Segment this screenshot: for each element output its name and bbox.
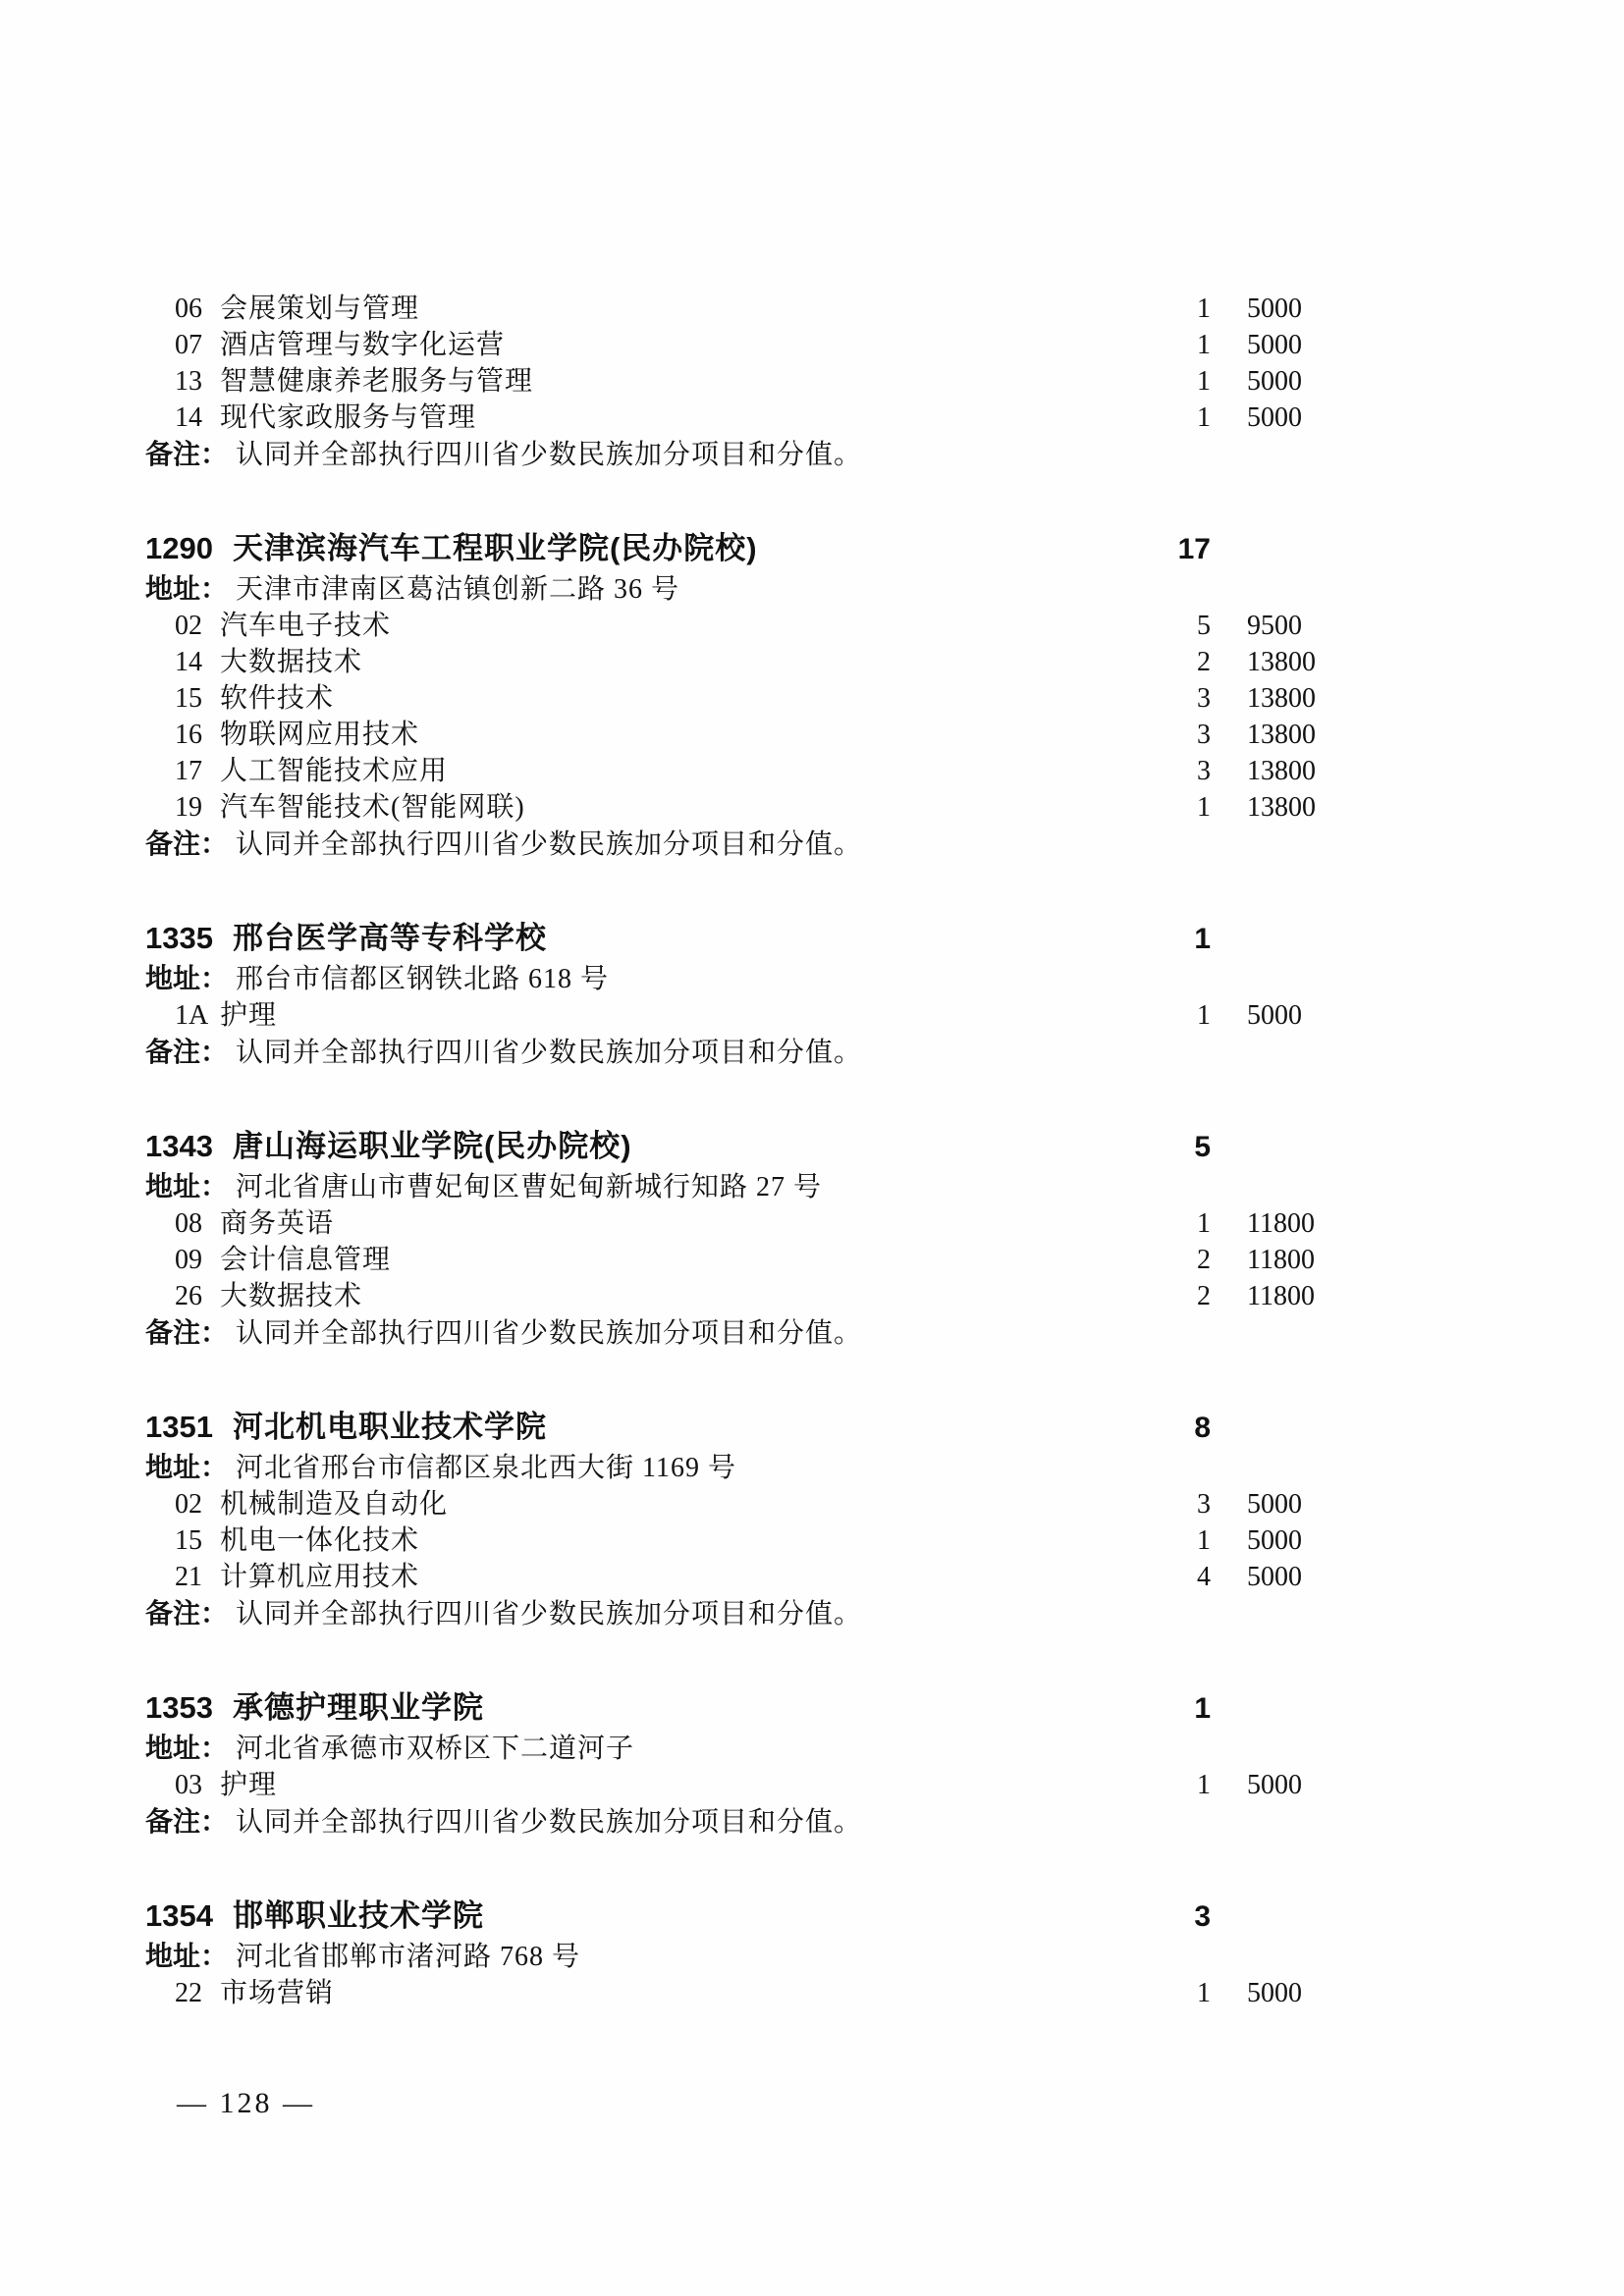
major-code: 22 xyxy=(175,1975,220,2011)
remark-label: 备注： xyxy=(145,1037,228,1067)
major-count: 1 xyxy=(1132,997,1211,1034)
remark-label: 备注： xyxy=(145,439,228,469)
major-fee: 5000 xyxy=(1247,400,1375,436)
major-row: 16 物联网应用技术 3 13800 xyxy=(145,717,1375,753)
school-section: 1335 邢台医学高等专科学校 1 地址：邢台市信都区钢铁北路 618 号 1A… xyxy=(145,918,1375,1071)
major-name: 人工智能技术应用 xyxy=(220,753,1132,789)
remark-label: 备注： xyxy=(145,1806,228,1837)
school-section: 1354 邯郸职业技术学院 3 地址：河北省邯郸市渚河路 768 号 22 市场… xyxy=(145,1896,1375,2011)
remark-value: 认同并全部执行四川省少数民族加分项目和分值。 xyxy=(236,829,862,860)
remark-value: 认同并全部执行四川省少数民族加分项目和分值。 xyxy=(236,1038,862,1068)
school-header: 1343 唐山海运职业学院(民办院校) 5 xyxy=(145,1126,1375,1168)
school-header: 1290 天津滨海汽车工程职业学院(民办院校) 17 xyxy=(145,528,1375,570)
page-number: — 128 — xyxy=(177,2087,315,2120)
major-fee: 5000 xyxy=(1247,327,1375,363)
major-name: 市场营销 xyxy=(220,1975,1132,2011)
remark-label: 备注： xyxy=(145,1598,228,1629)
major-count: 1 xyxy=(1132,363,1211,400)
major-code: 14 xyxy=(175,400,220,436)
major-code: 09 xyxy=(175,1242,220,1278)
school-name: 天津滨海汽车工程职业学院(民办院校) xyxy=(233,528,1132,569)
school-section: 1353 承德护理职业学院 1 地址：河北省承德市双桥区下二道河子 03 护理 … xyxy=(145,1687,1375,1841)
remark-label: 备注： xyxy=(145,1317,228,1348)
address-row: 地址：河北省唐山市曹妃甸区曹妃甸新城行知路 27 号 xyxy=(145,1168,1375,1205)
major-row: 19 汽车智能技术(智能网联) 1 13800 xyxy=(145,789,1375,826)
major-code: 19 xyxy=(175,789,220,826)
major-count: 1 xyxy=(1132,1767,1211,1803)
major-fee: 5000 xyxy=(1247,1975,1375,2011)
major-name: 汽车电子技术 xyxy=(220,608,1132,644)
major-name: 护理 xyxy=(220,1767,1132,1803)
address-label: 地址： xyxy=(145,1452,228,1482)
remark-value: 认同并全部执行四川省少数民族加分项目和分值。 xyxy=(236,440,862,470)
address-value: 河北省承德市双桥区下二道河子 xyxy=(236,1734,634,1764)
address-label: 地址： xyxy=(145,573,228,604)
major-name: 酒店管理与数字化运营 xyxy=(220,327,1132,363)
school-total: 3 xyxy=(1132,1896,1211,1938)
address-row: 地址：邢台市信都区钢铁北路 618 号 xyxy=(145,960,1375,997)
major-name: 商务英语 xyxy=(220,1205,1132,1242)
major-count: 5 xyxy=(1132,608,1211,644)
school-name: 承德护理职业学院 xyxy=(233,1687,1132,1729)
major-fee: 13800 xyxy=(1247,717,1375,753)
address-label: 地址： xyxy=(145,1733,228,1763)
major-row: 15 软件技术 3 13800 xyxy=(145,680,1375,717)
school-total: 1 xyxy=(1132,919,1211,960)
remark-value: 认同并全部执行四川省少数民族加分项目和分值。 xyxy=(236,1599,862,1629)
major-name: 现代家政服务与管理 xyxy=(220,400,1132,436)
major-fee: 5000 xyxy=(1247,1767,1375,1803)
school-code: 1343 xyxy=(145,1126,213,1167)
remark-row: 备注：认同并全部执行四川省少数民族加分项目和分值。 xyxy=(145,1803,1375,1841)
major-row: 14 现代家政服务与管理 1 5000 xyxy=(145,400,1375,436)
major-fee: 5000 xyxy=(1247,997,1375,1034)
school-code: 1351 xyxy=(145,1407,213,1448)
major-row: 09 会计信息管理 2 11800 xyxy=(145,1242,1375,1278)
remark-label: 备注： xyxy=(145,828,228,859)
address-value: 河北省唐山市曹妃甸区曹妃甸新城行知路 27 号 xyxy=(236,1172,822,1202)
major-code: 02 xyxy=(175,608,220,644)
major-row: 02 机械制造及自动化 3 5000 xyxy=(145,1486,1375,1522)
major-code: 08 xyxy=(175,1205,220,1242)
major-fee: 11800 xyxy=(1247,1278,1375,1314)
major-count: 2 xyxy=(1132,644,1211,680)
school-total: 1 xyxy=(1132,1688,1211,1730)
major-name: 会计信息管理 xyxy=(220,1242,1132,1278)
major-count: 2 xyxy=(1132,1278,1211,1314)
remark-row: 备注：认同并全部执行四川省少数民族加分项目和分值。 xyxy=(145,826,1375,863)
major-row: 17 人工智能技术应用 3 13800 xyxy=(145,753,1375,789)
major-code: 16 xyxy=(175,717,220,753)
address-label: 地址： xyxy=(145,963,228,993)
school-code: 1354 xyxy=(145,1896,213,1937)
continuation-block: 06 会展策划与管理 1 5000 07 酒店管理与数字化运营 1 5000 1… xyxy=(145,291,1375,473)
major-row: 14 大数据技术 2 13800 xyxy=(145,644,1375,680)
major-fee: 13800 xyxy=(1247,753,1375,789)
remark-row: 备注：认同并全部执行四川省少数民族加分项目和分值。 xyxy=(145,436,1375,473)
major-fee: 5000 xyxy=(1247,363,1375,400)
school-code: 1353 xyxy=(145,1687,213,1729)
major-fee: 5000 xyxy=(1247,291,1375,327)
major-row: 06 会展策划与管理 1 5000 xyxy=(145,291,1375,327)
school-total: 8 xyxy=(1132,1408,1211,1449)
major-row: 22 市场营销 1 5000 xyxy=(145,1975,1375,2011)
major-name: 物联网应用技术 xyxy=(220,717,1132,753)
major-count: 3 xyxy=(1132,1486,1211,1522)
major-row: 15 机电一体化技术 1 5000 xyxy=(145,1522,1375,1559)
school-section: 1290 天津滨海汽车工程职业学院(民办院校) 17 地址：天津市津南区葛沽镇创… xyxy=(145,528,1375,863)
major-row: 08 商务英语 1 11800 xyxy=(145,1205,1375,1242)
major-count: 3 xyxy=(1132,680,1211,717)
major-row: 1A 护理 1 5000 xyxy=(145,997,1375,1034)
school-section: 1351 河北机电职业技术学院 8 地址：河北省邢台市信都区泉北西大街 1169… xyxy=(145,1407,1375,1632)
major-fee: 11800 xyxy=(1247,1242,1375,1278)
address-row: 地址：河北省邢台市信都区泉北西大街 1169 号 xyxy=(145,1449,1375,1486)
school-total: 5 xyxy=(1132,1127,1211,1168)
major-fee: 11800 xyxy=(1247,1205,1375,1242)
major-fee: 5000 xyxy=(1247,1522,1375,1559)
page-content: 06 会展策划与管理 1 5000 07 酒店管理与数字化运营 1 5000 1… xyxy=(145,291,1375,2011)
major-row: 07 酒店管理与数字化运营 1 5000 xyxy=(145,327,1375,363)
remark-value: 认同并全部执行四川省少数民族加分项目和分值。 xyxy=(236,1318,862,1349)
major-count: 4 xyxy=(1132,1559,1211,1595)
address-row: 地址：河北省邯郸市渚河路 768 号 xyxy=(145,1938,1375,1975)
major-count: 3 xyxy=(1132,717,1211,753)
major-name: 机械制造及自动化 xyxy=(220,1486,1132,1522)
major-code: 14 xyxy=(175,644,220,680)
major-count: 2 xyxy=(1132,1242,1211,1278)
major-count: 1 xyxy=(1132,1205,1211,1242)
major-code: 1A xyxy=(175,997,220,1034)
major-count: 1 xyxy=(1132,327,1211,363)
major-count: 1 xyxy=(1132,400,1211,436)
major-fee: 13800 xyxy=(1247,644,1375,680)
address-label: 地址： xyxy=(145,1171,228,1201)
school-code: 1335 xyxy=(145,918,213,959)
address-value: 河北省邯郸市渚河路 768 号 xyxy=(236,1942,580,1972)
major-code: 15 xyxy=(175,680,220,717)
school-header: 1335 邢台医学高等专科学校 1 xyxy=(145,918,1375,960)
address-row: 地址：河北省承德市双桥区下二道河子 xyxy=(145,1730,1375,1767)
school-name: 河北机电职业技术学院 xyxy=(233,1407,1132,1448)
address-value: 邢台市信都区钢铁北路 618 号 xyxy=(236,964,609,994)
major-row: 02 汽车电子技术 5 9500 xyxy=(145,608,1375,644)
major-code: 06 xyxy=(175,291,220,327)
remark-row: 备注：认同并全部执行四川省少数民族加分项目和分值。 xyxy=(145,1595,1375,1632)
address-row: 地址：天津市津南区葛沽镇创新二路 36 号 xyxy=(145,570,1375,608)
major-row: 03 护理 1 5000 xyxy=(145,1767,1375,1803)
address-label: 地址： xyxy=(145,1941,228,1971)
remark-value: 认同并全部执行四川省少数民族加分项目和分值。 xyxy=(236,1807,862,1838)
major-fee: 5000 xyxy=(1247,1486,1375,1522)
document-page: 06 会展策划与管理 1 5000 07 酒店管理与数字化运营 1 5000 1… xyxy=(0,0,1624,2296)
major-name: 汽车智能技术(智能网联) xyxy=(220,789,1132,826)
major-code: 17 xyxy=(175,753,220,789)
major-name: 计算机应用技术 xyxy=(220,1559,1132,1595)
major-code: 03 xyxy=(175,1767,220,1803)
major-name: 软件技术 xyxy=(220,680,1132,717)
major-code: 26 xyxy=(175,1278,220,1314)
school-header: 1353 承德护理职业学院 1 xyxy=(145,1687,1375,1730)
school-section: 1343 唐山海运职业学院(民办院校) 5 地址：河北省唐山市曹妃甸区曹妃甸新城… xyxy=(145,1126,1375,1352)
address-value: 天津市津南区葛沽镇创新二路 36 号 xyxy=(236,574,679,605)
major-row: 26 大数据技术 2 11800 xyxy=(145,1278,1375,1314)
remark-row: 备注：认同并全部执行四川省少数民族加分项目和分值。 xyxy=(145,1034,1375,1071)
school-name: 邢台医学高等专科学校 xyxy=(233,918,1132,959)
major-name: 护理 xyxy=(220,997,1132,1034)
major-count: 1 xyxy=(1132,789,1211,826)
major-code: 02 xyxy=(175,1486,220,1522)
school-code: 1290 xyxy=(145,528,213,569)
major-code: 07 xyxy=(175,327,220,363)
major-name: 会展策划与管理 xyxy=(220,291,1132,327)
major-fee: 9500 xyxy=(1247,608,1375,644)
major-row: 21 计算机应用技术 4 5000 xyxy=(145,1559,1375,1595)
address-value: 河北省邢台市信都区泉北西大街 1169 号 xyxy=(236,1453,736,1483)
school-header: 1351 河北机电职业技术学院 8 xyxy=(145,1407,1375,1449)
major-name: 大数据技术 xyxy=(220,1278,1132,1314)
major-fee: 5000 xyxy=(1247,1559,1375,1595)
school-name: 邯郸职业技术学院 xyxy=(233,1896,1132,1937)
major-name: 智慧健康养老服务与管理 xyxy=(220,363,1132,400)
major-code: 15 xyxy=(175,1522,220,1559)
major-name: 大数据技术 xyxy=(220,644,1132,680)
school-name: 唐山海运职业学院(民办院校) xyxy=(233,1126,1132,1167)
major-name: 机电一体化技术 xyxy=(220,1522,1132,1559)
major-count: 1 xyxy=(1132,1975,1211,2011)
major-count: 1 xyxy=(1132,1522,1211,1559)
school-header: 1354 邯郸职业技术学院 3 xyxy=(145,1896,1375,1938)
major-row: 13 智慧健康养老服务与管理 1 5000 xyxy=(145,363,1375,400)
major-code: 13 xyxy=(175,363,220,400)
major-count: 1 xyxy=(1132,291,1211,327)
major-fee: 13800 xyxy=(1247,789,1375,826)
major-fee: 13800 xyxy=(1247,680,1375,717)
school-total: 17 xyxy=(1132,529,1211,570)
major-code: 21 xyxy=(175,1559,220,1595)
major-count: 3 xyxy=(1132,753,1211,789)
remark-row: 备注：认同并全部执行四川省少数民族加分项目和分值。 xyxy=(145,1314,1375,1352)
